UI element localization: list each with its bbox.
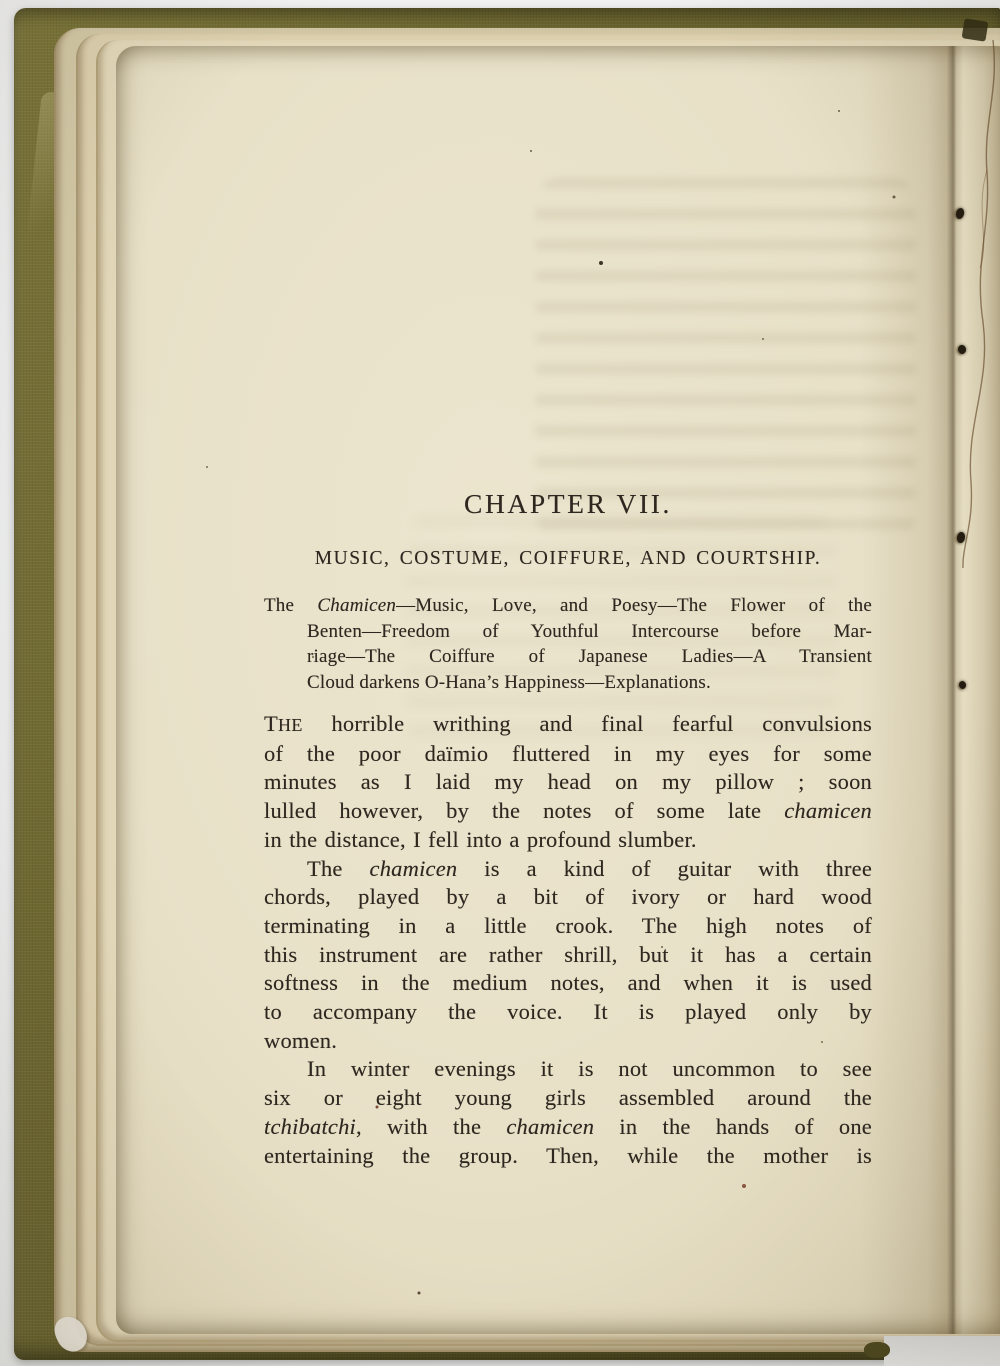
book-page: CHAPTER VII. MUSIC, COSTUME, COIFFURE, A… <box>116 46 1000 1334</box>
text-run: horrible writhing and final fearful conv… <box>303 711 872 736</box>
text-line: entertaining the group. Then, while the … <box>264 1142 872 1171</box>
text-line: minutes as I laid my head on my pillow ;… <box>264 768 872 797</box>
text-line: six or eight young girls assembled aroun… <box>264 1084 872 1113</box>
text-run: , with the <box>356 1114 506 1139</box>
stitch-hole <box>955 207 965 220</box>
text-line: Cloud darkens O-Hana’s Happiness—Explana… <box>264 670 872 696</box>
chapter-subtitle: MUSIC, COSTUME, COIFFURE, AND COURTSHIP. <box>234 546 902 572</box>
text-run: Benten—Freedom of Youthful Intercourse b… <box>307 621 872 642</box>
text-line: In winter evenings it is not uncommon to… <box>264 1055 872 1084</box>
page-gutter-fold <box>860 46 1000 1334</box>
stitch-hole <box>956 531 966 543</box>
text-run: is a kind of guitar with three <box>457 856 872 881</box>
text-line: terminating in a little crook. The high … <box>264 912 872 941</box>
text-line: Benten—Freedom of Youthful Intercourse b… <box>264 619 872 645</box>
text-line: riage—The Coiffure of Japanese Ladies—A … <box>264 644 872 670</box>
text-run: riage—The Coiffure of Japanese Ladies—A … <box>307 646 872 667</box>
show-through-text-upper <box>536 178 916 538</box>
italic-run: chamicen <box>370 856 458 881</box>
text-line: lulled however, by the notes of some lat… <box>264 797 872 826</box>
paper-speckles <box>116 46 118 48</box>
chapter-headnote: The Chamicen—Music, Love, and Poesy—The … <box>264 593 872 696</box>
text-run: HE <box>278 715 303 735</box>
text-run: —Music, Love, and Poesy—The Flower of th… <box>396 595 872 616</box>
text-run: chords, played by a bit of ivory or hard… <box>264 884 872 909</box>
text-run: entertaining the group. Then, while the … <box>264 1143 872 1168</box>
book-photo: CHAPTER VII. MUSIC, COSTUME, COIFFURE, A… <box>0 0 1000 1366</box>
text-line: chords, played by a bit of ivory or hard… <box>264 883 872 912</box>
text-run: The <box>307 856 370 881</box>
cover-bottom-blob <box>864 1342 890 1358</box>
text-run: six or eight young girls assembled aroun… <box>264 1085 872 1110</box>
text-line: tchibatchi, with the chamicen in the han… <box>264 1113 872 1142</box>
text-line: The chamicen is a kind of guitar with th… <box>264 855 872 884</box>
text-run: lulled however, by the notes of some lat… <box>264 798 784 823</box>
chapter-heading: CHAPTER VII. <box>264 487 872 521</box>
text-line: this instrument are rather shrill, but i… <box>264 941 872 970</box>
text-line: of the poor daïmio fluttered in my eyes … <box>264 740 872 769</box>
text-line: THE horrible writhing and final fearful … <box>264 710 872 740</box>
text-run: of the poor daïmio fluttered in my eyes … <box>264 741 872 766</box>
paragraph: In winter evenings it is not uncommon to… <box>264 1055 872 1170</box>
text-line: The Chamicen—Music, Love, and Poesy—The … <box>264 593 872 619</box>
text-line: women. <box>264 1027 872 1056</box>
italic-run: chamicen <box>784 798 872 823</box>
text-run: In winter evenings it is not uncommon to… <box>307 1056 872 1081</box>
stitch-hole <box>958 680 967 689</box>
stitch-hole <box>957 344 966 354</box>
body-text: THE horrible writhing and final fearful … <box>264 710 872 1170</box>
italic-run: tchibatchi <box>264 1114 356 1139</box>
text-run: Cloud darkens O-Hana’s Happiness—Explana… <box>307 672 711 693</box>
text-run: this instrument are rather shrill, but i… <box>264 942 872 967</box>
text-run: T <box>264 711 278 736</box>
text-run: in the hands of one <box>594 1114 872 1139</box>
italic-run: chamicen <box>506 1114 594 1139</box>
text-run: to accompany the voice. It is played onl… <box>264 999 872 1024</box>
text-run: minutes as I laid my head on my pillow ;… <box>264 769 872 794</box>
text-line: to accompany the voice. It is played onl… <box>264 998 872 1027</box>
italic-run: Chamicen <box>317 595 396 616</box>
text-run: in the distance, I fell into a profound … <box>264 827 697 852</box>
text-run: The <box>264 595 317 616</box>
text-line: in the distance, I fell into a profound … <box>264 826 872 855</box>
background-corner-patch <box>884 1336 1000 1366</box>
paragraph: THE horrible writhing and final fearful … <box>264 710 872 855</box>
text-run: softness in the medium notes, and when i… <box>264 970 872 995</box>
text-run: terminating in a little crook. The high … <box>264 913 872 938</box>
page-corner-notch <box>962 18 989 42</box>
text-line: softness in the medium notes, and when i… <box>264 969 872 998</box>
paragraph: The chamicen is a kind of guitar with th… <box>264 855 872 1056</box>
text-run: women. <box>264 1028 337 1053</box>
